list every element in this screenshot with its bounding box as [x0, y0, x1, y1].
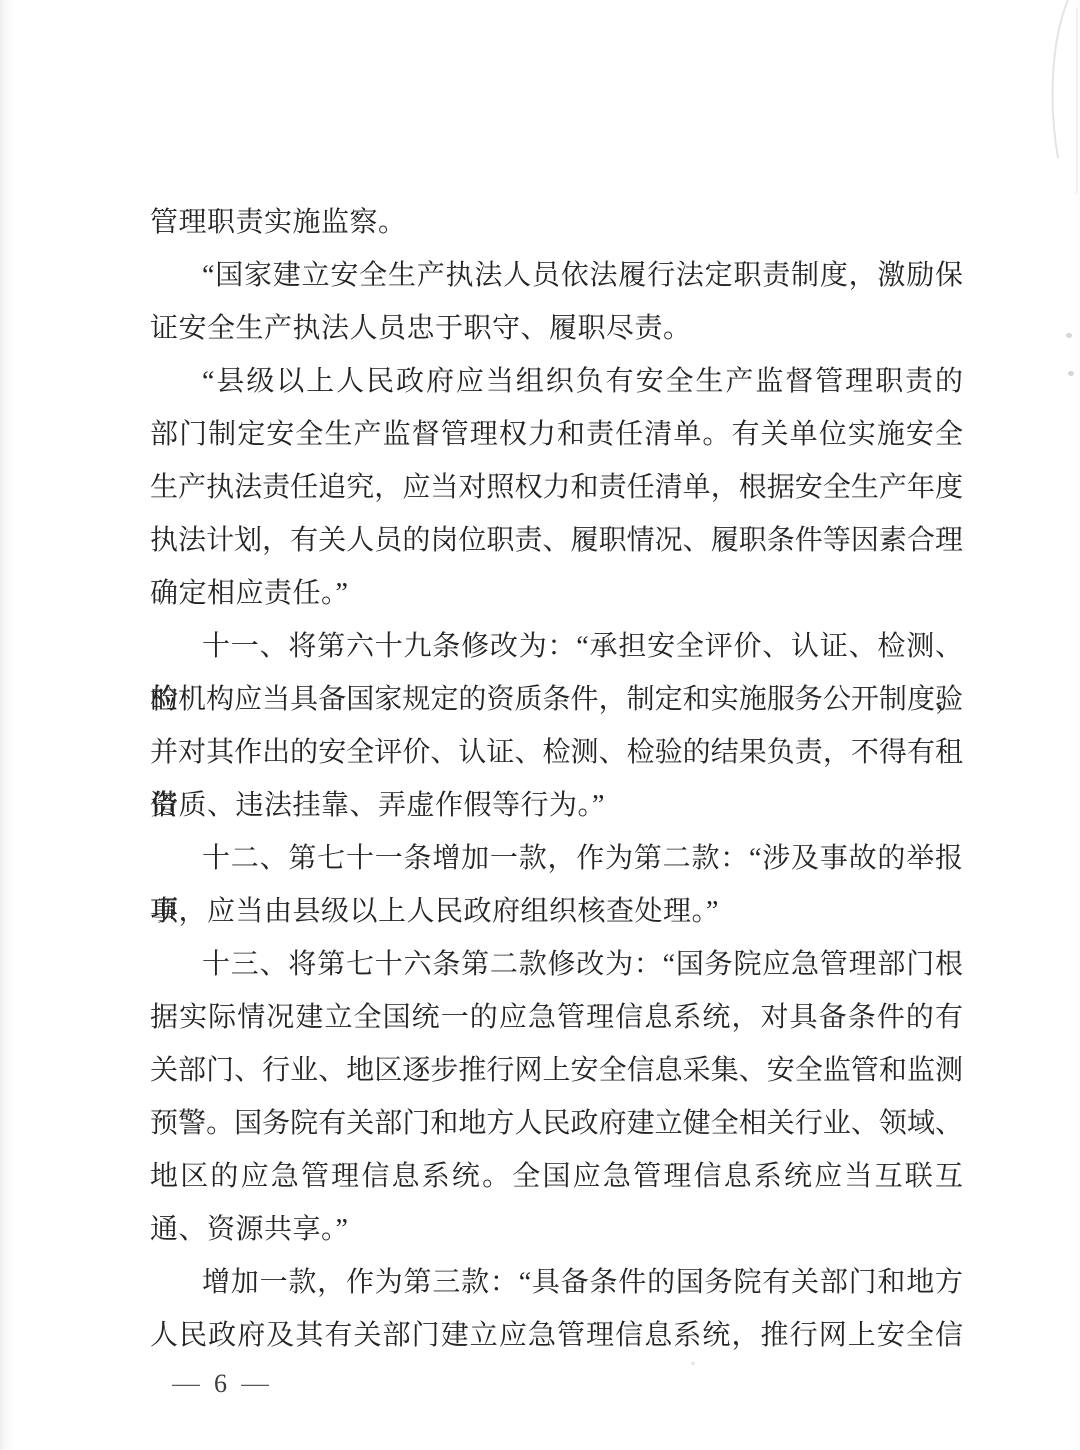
text-line: 项，应当由县级以上人民政府组织核查处理。” — [150, 885, 963, 938]
text-line: 增加一款，作为第三款：“具备条件的国务院有关部门和地方 — [150, 1256, 963, 1309]
page-number: 6 — [214, 1369, 227, 1399]
text-line: 人民政府及其有关部门建立应急管理信息系统，推行网上安全信 — [150, 1309, 963, 1362]
text-line: “国家建立安全生产执法人员依法履行法定职责制度，激励保 — [150, 249, 963, 302]
text-line: 十三、将第七十六条第二款修改为：“国务院应急管理部门根 — [150, 938, 963, 991]
scanned-document-page: 管理职责实施监察。 “国家建立安全生产执法人员依法履行法定职责制度，激励保 证安… — [0, 0, 1080, 1450]
text-line: 资质、违法挂靠、弄虚作假等行为。” — [150, 779, 963, 832]
text-line: 通、资源共享。” — [150, 1203, 963, 1256]
document-body: 管理职责实施监察。 “国家建立安全生产执法人员依法履行法定职责制度，激励保 证安… — [150, 196, 963, 1362]
text-line: 地区的应急管理信息系统。全国应急管理信息系统应当互联互 — [150, 1150, 963, 1203]
text-line: 并对其作出的安全评价、认证、检测、检验的结果负责，不得有租借 — [150, 726, 963, 779]
text-line: “县级以上人民政府应当组织负有安全生产监督管理职责的 — [150, 355, 963, 408]
footer-dash-left: — — [172, 1371, 200, 1398]
text-line: 执法计划，有关人员的岗位职责、履职情况、履职条件等因素合理 — [150, 514, 963, 567]
text-line: 生产执法责任追究，应当对照权力和责任清单，根据安全生产年度 — [150, 461, 963, 514]
page-corner-fold-artifact — [1038, 0, 1072, 160]
text-line: 预警。国务院有关部门和地方人民政府建立健全相关行业、领域、 — [150, 1097, 963, 1150]
text-line: 证安全生产执法人员忠于职守、履职尽责。 — [150, 302, 963, 355]
text-line: 十二、第七十一条增加一款，作为第二款：“涉及事故的举报事 — [150, 832, 963, 885]
scan-speck — [1066, 333, 1072, 338]
text-line: 的机构应当具备国家规定的资质条件，制定和实施服务公开制度， — [150, 673, 963, 726]
scan-speck — [1068, 371, 1074, 376]
text-line: 部门制定安全生产监督管理权力和责任清单。有关单位实施安全 — [150, 408, 963, 461]
scan-edge-artifact — [1076, 8, 1078, 193]
text-line: 关部门、行业、地区逐步推行网上安全信息采集、安全监管和监测 — [150, 1044, 963, 1097]
text-line: 十一、将第六十九条修改为：“承担安全评价、认证、检测、检验 — [150, 620, 963, 673]
text-line: 据实际情况建立全国统一的应急管理信息系统，对具备条件的有 — [150, 991, 963, 1044]
footer-dash-right: — — [241, 1371, 269, 1398]
text-line: 管理职责实施监察。 — [150, 196, 963, 249]
page-footer: — 6 — — [174, 1369, 267, 1399]
text-line: 确定相应责任。” — [150, 567, 963, 620]
scan-speck — [691, 1362, 695, 1365]
